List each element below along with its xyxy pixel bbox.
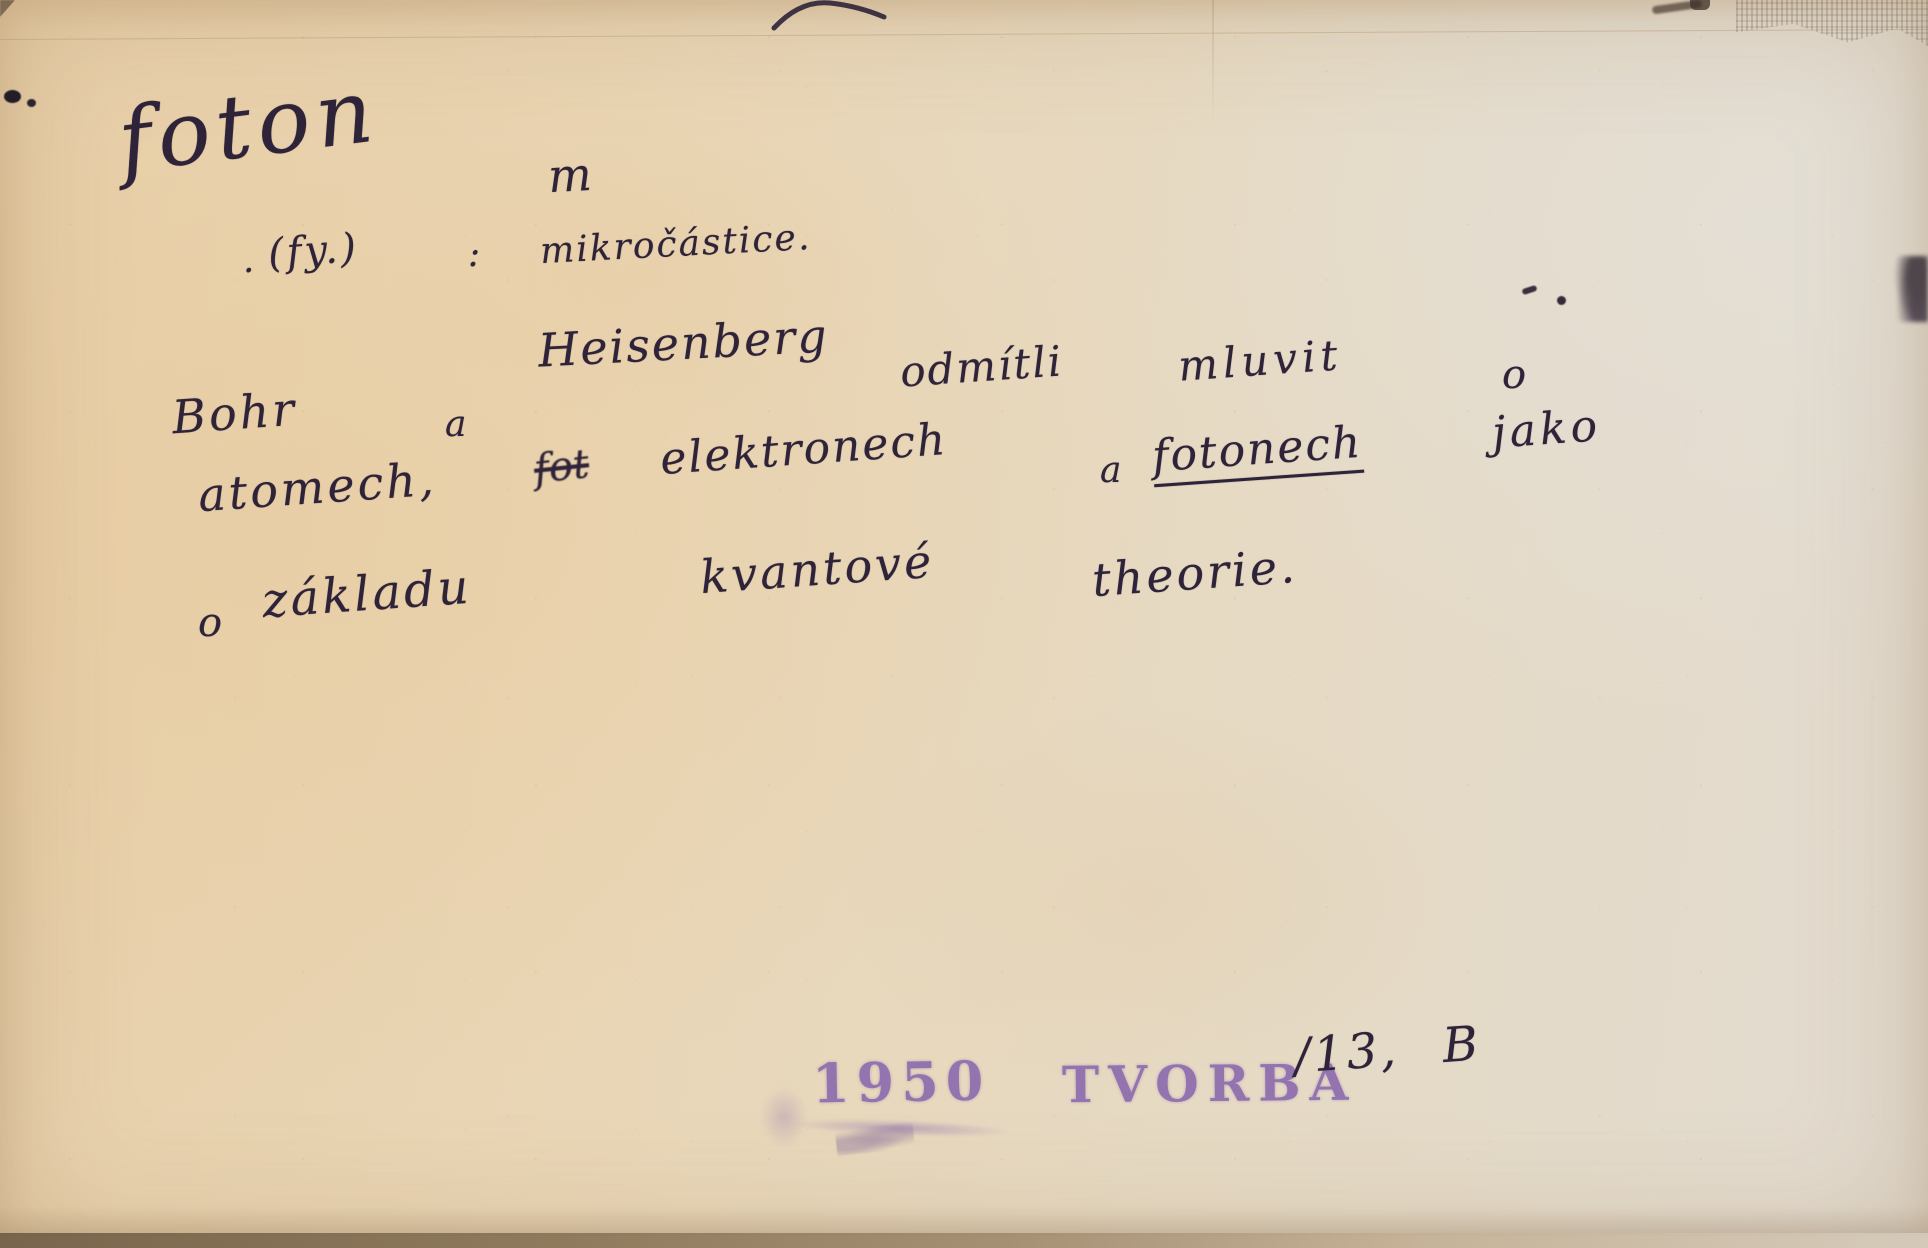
struck-word: fot bbox=[532, 441, 591, 492]
top-right-fabric-texture bbox=[1736, 0, 1928, 46]
word-elektronech: elektronech bbox=[659, 414, 949, 485]
word-a: a bbox=[445, 404, 466, 445]
word-odmitli: odmítli bbox=[898, 336, 1064, 396]
bottom-edge-band bbox=[0, 1233, 1928, 1248]
vertical-crease bbox=[1212, 0, 1214, 130]
scratch-mark bbox=[1652, 0, 1703, 14]
word-kvantove: kvantové bbox=[698, 534, 936, 604]
gloss-separator: : bbox=[468, 234, 480, 275]
top-left-corner-mark bbox=[0, 0, 15, 17]
ink-dot-mark bbox=[1557, 296, 1566, 305]
stamp-year: 1950 bbox=[811, 1048, 990, 1115]
word-atomech: atomech, bbox=[196, 452, 438, 523]
headword: foton bbox=[113, 59, 384, 193]
handwritten-reference: /13, B bbox=[1292, 1016, 1482, 1085]
stamp-underline-smudge bbox=[792, 1116, 1010, 1140]
word-o: o bbox=[198, 600, 222, 646]
stamp-scribble-smudge bbox=[835, 1122, 915, 1156]
field-abbreviation: (fy.) bbox=[267, 225, 361, 277]
underlined-word-fotonech: fotonech bbox=[1150, 417, 1363, 483]
ink-dash-mark bbox=[1521, 285, 1537, 295]
bottom-fold-crease bbox=[0, 1206, 1928, 1236]
word-zakladu: základu bbox=[260, 559, 473, 629]
word-theorie: theorie. bbox=[1090, 539, 1299, 607]
stamp-ink-blot bbox=[760, 1086, 808, 1148]
gloss-lead-dot: . bbox=[243, 240, 254, 281]
word-mluvit: mluvit bbox=[1176, 330, 1343, 390]
gloss-definition: mikročástice. bbox=[539, 217, 812, 272]
word-o: o bbox=[1502, 352, 1526, 398]
word-heisenberg: Heisenberg bbox=[537, 308, 830, 377]
word-bohr: Bohr bbox=[170, 382, 299, 445]
word-a: a bbox=[1100, 450, 1121, 491]
ink-nub-mark bbox=[1690, 0, 1710, 10]
word-jako: jako bbox=[1490, 400, 1602, 458]
right-edge-smudge bbox=[1894, 256, 1928, 322]
top-fold-crease bbox=[0, 0, 1928, 40]
gender-abbreviation: m bbox=[547, 147, 593, 203]
ink-spot bbox=[27, 99, 36, 107]
scanned-index-card: foton m . (fy.) : mikročástice. Bohr a H… bbox=[0, 0, 1928, 1248]
pen-stroke-mark bbox=[768, 0, 892, 32]
ink-spot bbox=[4, 90, 21, 103]
